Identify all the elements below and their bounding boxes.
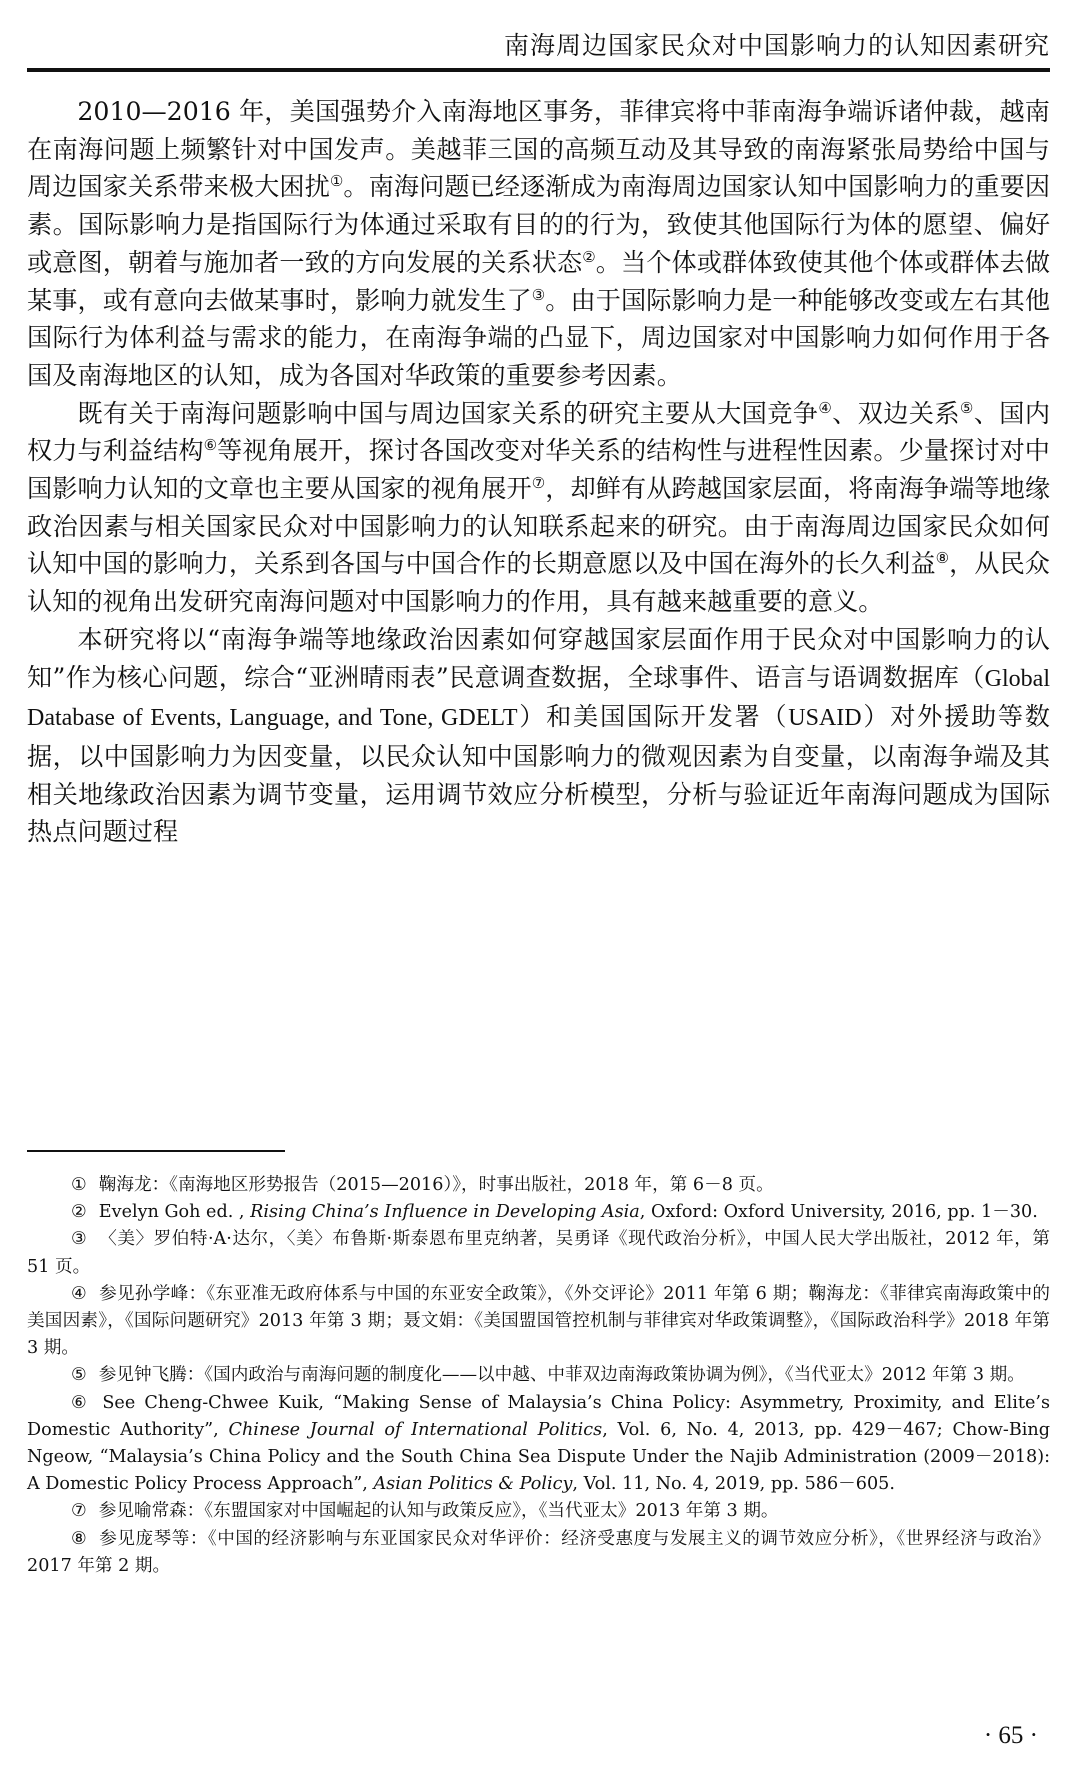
footnote: ④参见孙学峰：《东亚准无政府体系与中国的东亚安全政策》，《外交评论》2011 年… bbox=[27, 1281, 1050, 1363]
text-run: 、双边关系 bbox=[832, 399, 960, 428]
paragraph: 2010—2016 年，美国强势介入南海地区事务，菲律宾将中菲南海争端诉诸仲裁，… bbox=[27, 93, 1050, 395]
footnote-mark: ① bbox=[71, 1175, 87, 1195]
italic-title: Asian Politics & Policy bbox=[373, 1474, 572, 1494]
footnote-ref[interactable]: ① bbox=[330, 172, 344, 190]
footnote: ⑤参见钟飞腾：《国内政治与南海问题的制度化——以中越、中菲双边南海政策协调为例》… bbox=[27, 1362, 1050, 1389]
text-run: Evelyn Goh ed. , bbox=[99, 1202, 250, 1222]
header-rule bbox=[27, 68, 1050, 72]
footnote-ref[interactable]: ③ bbox=[532, 286, 546, 304]
footnote: ①鞠海龙：《南海地区形势报告（2015—2016）》，时事出版社，2018 年，… bbox=[27, 1172, 1050, 1199]
text-run: 〈美〉罗伯特·A·达尔，〈美〉布鲁斯·斯泰恩布里克纳著，吴勇译《现代政治分析》，… bbox=[27, 1229, 1050, 1276]
text-run: 参见孙学峰：《东亚准无政府体系与中国的东亚安全政策》，《外交评论》2011 年第… bbox=[27, 1284, 1050, 1358]
text-run: 参见钟飞腾：《国内政治与南海问题的制度化——以中越、中菲双边南海政策协调为例》，… bbox=[99, 1365, 1025, 1385]
footnote-mark: ④ bbox=[71, 1284, 87, 1304]
text-run: 本研究将以“南海争端等地缘政治因素如何穿越国家层面作用于民众对中国影响力的认知”… bbox=[27, 625, 1050, 692]
footnote: ⑥See Cheng-Chwee Kuik, “Making Sense of … bbox=[27, 1390, 1050, 1499]
text-run: 既有关于南海问题影响中国与周边国家关系的研究主要从大国竞争 bbox=[77, 399, 818, 428]
text-run: 参见庞琴等：《中国的经济影响与东亚国家民众对华评价：经济受惠度与发展主义的调节效… bbox=[27, 1529, 1050, 1576]
footnote-mark: ⑥ bbox=[71, 1393, 90, 1413]
italic-title: Chinese Journal of International Politic… bbox=[228, 1420, 602, 1440]
text-run: ）和美国国际开发署（ bbox=[518, 702, 789, 731]
text-run: 鞠海龙：《南海地区形势报告（2015—2016）》，时事出版社，2018 年，第… bbox=[99, 1175, 774, 1195]
text-run: 参见喻常森：《东盟国家对中国崛起的认知与政策反应》，《当代亚太》2013 年第 … bbox=[99, 1501, 779, 1521]
footnote-mark: ③ bbox=[71, 1229, 87, 1249]
text-run: , Oxford: Oxford University, 2016, pp. 1… bbox=[640, 1202, 1038, 1222]
latin-text: USAID bbox=[788, 705, 861, 731]
page-number: · 65 · bbox=[984, 1722, 1038, 1750]
footnote-ref[interactable]: ⑥ bbox=[204, 436, 218, 454]
footnote: ③〈美〉罗伯特·A·达尔，〈美〉布鲁斯·斯泰恩布里克纳著，吴勇译《现代政治分析》… bbox=[27, 1226, 1050, 1280]
footnote-ref[interactable]: ⑦ bbox=[532, 474, 546, 492]
footnote-mark: ⑦ bbox=[71, 1501, 87, 1521]
footnote-mark: ② bbox=[71, 1202, 87, 1222]
footnotes: ①鞠海龙：《南海地区形势报告（2015—2016）》，时事出版社，2018 年，… bbox=[27, 1172, 1050, 1580]
footnote-rule bbox=[27, 1150, 285, 1152]
footnote-ref[interactable]: ⑧ bbox=[936, 549, 950, 567]
text-run: , Vol. 11, No. 4, 2019, pp. 586－605. bbox=[572, 1474, 895, 1494]
footnote-mark: ⑧ bbox=[71, 1529, 87, 1549]
footnote-ref[interactable]: ② bbox=[582, 248, 596, 266]
footnote-mark: ⑤ bbox=[71, 1365, 87, 1385]
footnote-ref[interactable]: ④ bbox=[818, 399, 832, 417]
running-header: 南海周边国家民众对中国影响力的认知因素研究 bbox=[504, 26, 1050, 62]
footnote: ⑧参见庞琴等：《中国的经济影响与东亚国家民众对华评价：经济受惠度与发展主义的调节… bbox=[27, 1526, 1050, 1580]
footnote-ref[interactable]: ⑤ bbox=[960, 399, 974, 417]
body-text: 2010—2016 年，美国强势介入南海地区事务，菲律宾将中菲南海争端诉诸仲裁，… bbox=[27, 93, 1050, 851]
paragraph: 本研究将以“南海争端等地缘政治因素如何穿越国家层面作用于民众对中国影响力的认知”… bbox=[27, 621, 1050, 851]
footnote: ②Evelyn Goh ed. , Rising China’s Influen… bbox=[27, 1199, 1050, 1226]
italic-title: Rising China’s Influence in Developing A… bbox=[250, 1202, 640, 1222]
paragraph: 既有关于南海问题影响中国与周边国家关系的研究主要从大国竞争④、双边关系⑤、国内权… bbox=[27, 395, 1050, 621]
footnote: ⑦参见喻常森：《东盟国家对中国崛起的认知与政策反应》，《当代亚太》2013 年第… bbox=[27, 1498, 1050, 1525]
